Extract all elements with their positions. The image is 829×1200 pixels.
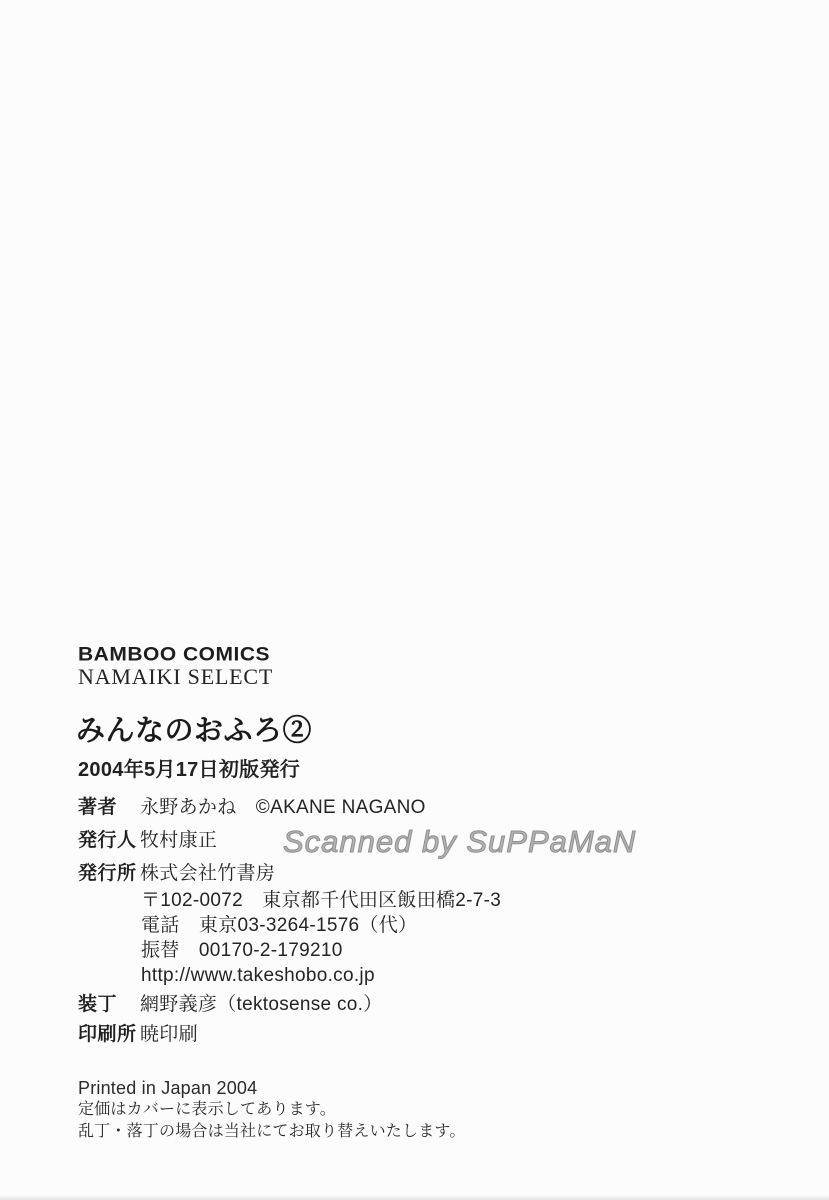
defective-copy-note: 乱丁・落丁の場合は当社にてお取り替えいたします。 — [78, 1123, 466, 1141]
publisher-imprint: BAMBOO COMICS — [78, 644, 270, 666]
author-label: 著者 — [78, 797, 140, 818]
publisher-postal-transfer: 振替 00170-2-179210 — [141, 940, 343, 961]
printer-value: 暁印刷 — [140, 1024, 198, 1045]
scanned-colophon-page: BAMBOO COMICS NAMAIKI SELECT みんなのおふろ② 20… — [0, 0, 829, 1200]
book-title: みんなのおふろ② — [76, 708, 312, 749]
price-note: 定価はカバーに表示してあります。 — [78, 1101, 336, 1119]
printed-in-japan-note: Printed in Japan 2004 — [78, 1079, 257, 1097]
publisher-value: 株式会社竹書房 — [140, 863, 275, 884]
publisher-website: http://www.takeshobo.co.jp — [141, 965, 375, 986]
publisher-label: 発行所 — [78, 863, 140, 884]
printer-label: 印刷所 — [78, 1024, 140, 1045]
publisher-phone: 電話 東京03-3264-1576（代） — [141, 915, 417, 936]
scanner-watermark: Scanned by SuPPaMaN — [283, 824, 636, 860]
design-value: 網野義彦（tektosense co.） — [140, 994, 383, 1015]
colophon-row-printer: 印刷所 暁印刷 — [78, 1024, 198, 1045]
edition-date: 2004年5月17日初版発行 — [78, 753, 300, 782]
colophon-row-publisher: 発行所 株式会社竹書房 — [78, 863, 275, 884]
publisher-address: 〒102-0072 東京都千代田区飯田橋2-7-3 — [141, 890, 501, 911]
scan-edge-shadow — [0, 1195, 829, 1200]
author-value: 永野あかね ©AKANE NAGANO — [140, 797, 426, 818]
colophon-row-design: 装丁 網野義彦（tektosense co.） — [78, 994, 383, 1015]
colophon-row-author: 著者 永野あかね ©AKANE NAGANO — [78, 797, 426, 818]
publisher-person-label: 発行人 — [78, 830, 140, 851]
colophon-row-publisher-person: 発行人 牧村康正 — [78, 830, 217, 851]
publisher-person-value: 牧村康正 — [140, 830, 217, 851]
design-label: 装丁 — [78, 994, 140, 1015]
imprint-series: NAMAIKI SELECT — [78, 664, 273, 690]
